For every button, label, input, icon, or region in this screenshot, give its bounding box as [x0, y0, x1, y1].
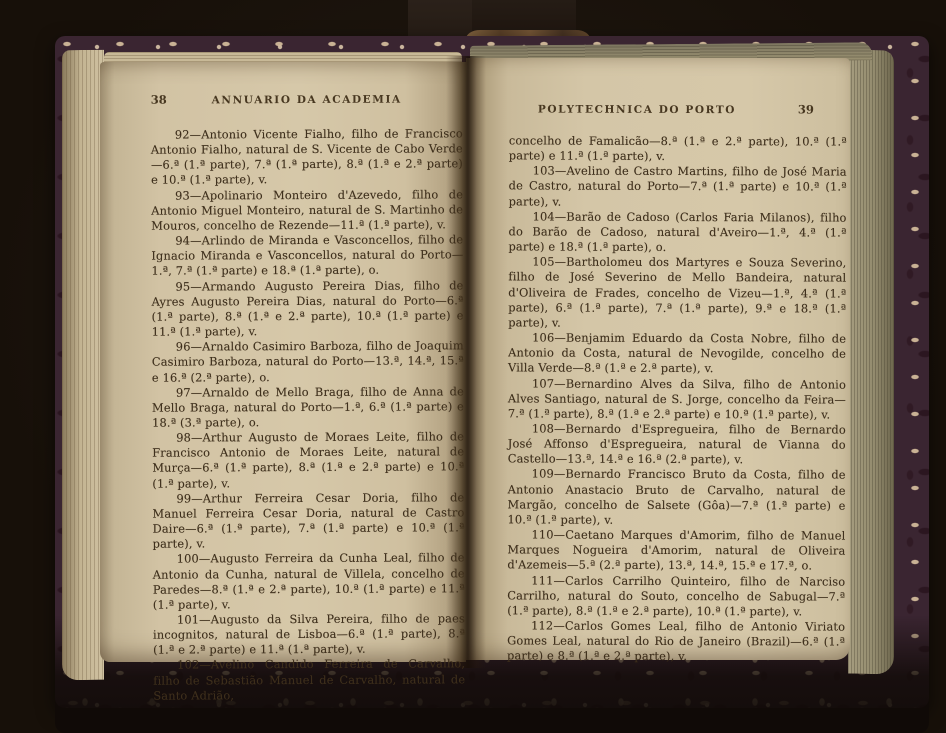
catalog-entry: 105—Bartholomeu dos Martyres e Souza Sev… [508, 255, 846, 332]
left-header-title: ANNUARIO DA ACADEMIA [195, 94, 419, 107]
right-running-header: POLYTECHNICA DO PORTO 39 [509, 101, 847, 116]
catalog-entry: 112—Carlos Gomes Leal, filho de Antonio … [507, 618, 845, 665]
catalog-entry: 108—Bernardo d'Espregueira, filho de Ber… [508, 421, 846, 468]
left-page-entries: 92—Antonio Vicente Fialho, filho de Fran… [151, 126, 466, 703]
catalog-entry: 104—Barão de Cadoso (Carlos Faria Milano… [508, 209, 846, 256]
catalog-entry: 98—Arthur Augusto de Moraes Leite, filho… [152, 429, 464, 491]
catalog-entry: 93—Apolinario Monteiro d'Azevedo, filho … [151, 187, 463, 234]
book-scan-scene: 38 ANNUARIO DA ACADEMIA 92—Antonio Vicen… [0, 0, 946, 733]
catalog-entry: 103—Avelino de Castro Martins, filho de … [509, 164, 847, 211]
catalog-entry: 101—Augusto da Silva Pereira, filho de p… [153, 611, 465, 658]
catalog-entry: 111—Carlos Carrilho Quinteiro, filho de … [507, 573, 845, 620]
catalog-entry: 92—Antonio Vicente Fialho, filho de Fran… [151, 126, 463, 188]
catalog-entry: 95—Armando Augusto Pereira Dias, filho d… [151, 278, 463, 340]
catalog-entry: 96—Arnaldo Casimiro Barboza, filho de Jo… [152, 339, 464, 386]
left-page-number: 38 [151, 92, 195, 106]
right-page-entries: concelho de Famalicão—8.ª (1.ª e 2.ª par… [507, 133, 847, 665]
catalog-entry: 99—Arthur Ferreira Cesar Doria, filho de… [152, 490, 464, 552]
right-page-number: 39 [765, 102, 847, 116]
left-page-text: 38 ANNUARIO DA ACADEMIA 92—Antonio Vicen… [151, 91, 466, 703]
page-edge-stack-right [848, 50, 894, 675]
catalog-entry: 110—Caetano Marques d'Amorim, filho de M… [507, 527, 845, 574]
catalog-entry: 107—Bernardino Alves da Silva, filho de … [508, 376, 846, 423]
catalog-entry: 100—Augusto Ferreira da Cunha Leal, filh… [153, 551, 465, 613]
catalog-entry: 109—Bernardo Francisco Bruto da Costa, f… [507, 467, 845, 529]
catalog-entry: 102—Avelino Candido Ferreira de Carvalho… [153, 657, 465, 704]
catalog-entry: 94—Arlindo de Miranda e Vasconcellos, fi… [151, 232, 463, 279]
left-running-header: 38 ANNUARIO DA ACADEMIA [151, 91, 463, 106]
right-page-text: POLYTECHNICA DO PORTO 39 concelho de Fam… [507, 101, 847, 665]
page-edge-stack-left [62, 50, 104, 681]
right-header-title: POLYTECHNICA DO PORTO [509, 103, 765, 116]
catalog-entry: concelho de Famalicão—8.ª (1.ª e 2.ª par… [509, 133, 847, 164]
catalog-entry: 97—Arnaldo de Mello Braga, filho de Anna… [152, 384, 464, 431]
catalog-entry: 106—Benjamim Eduardo da Costa Nobre, fil… [508, 330, 846, 377]
